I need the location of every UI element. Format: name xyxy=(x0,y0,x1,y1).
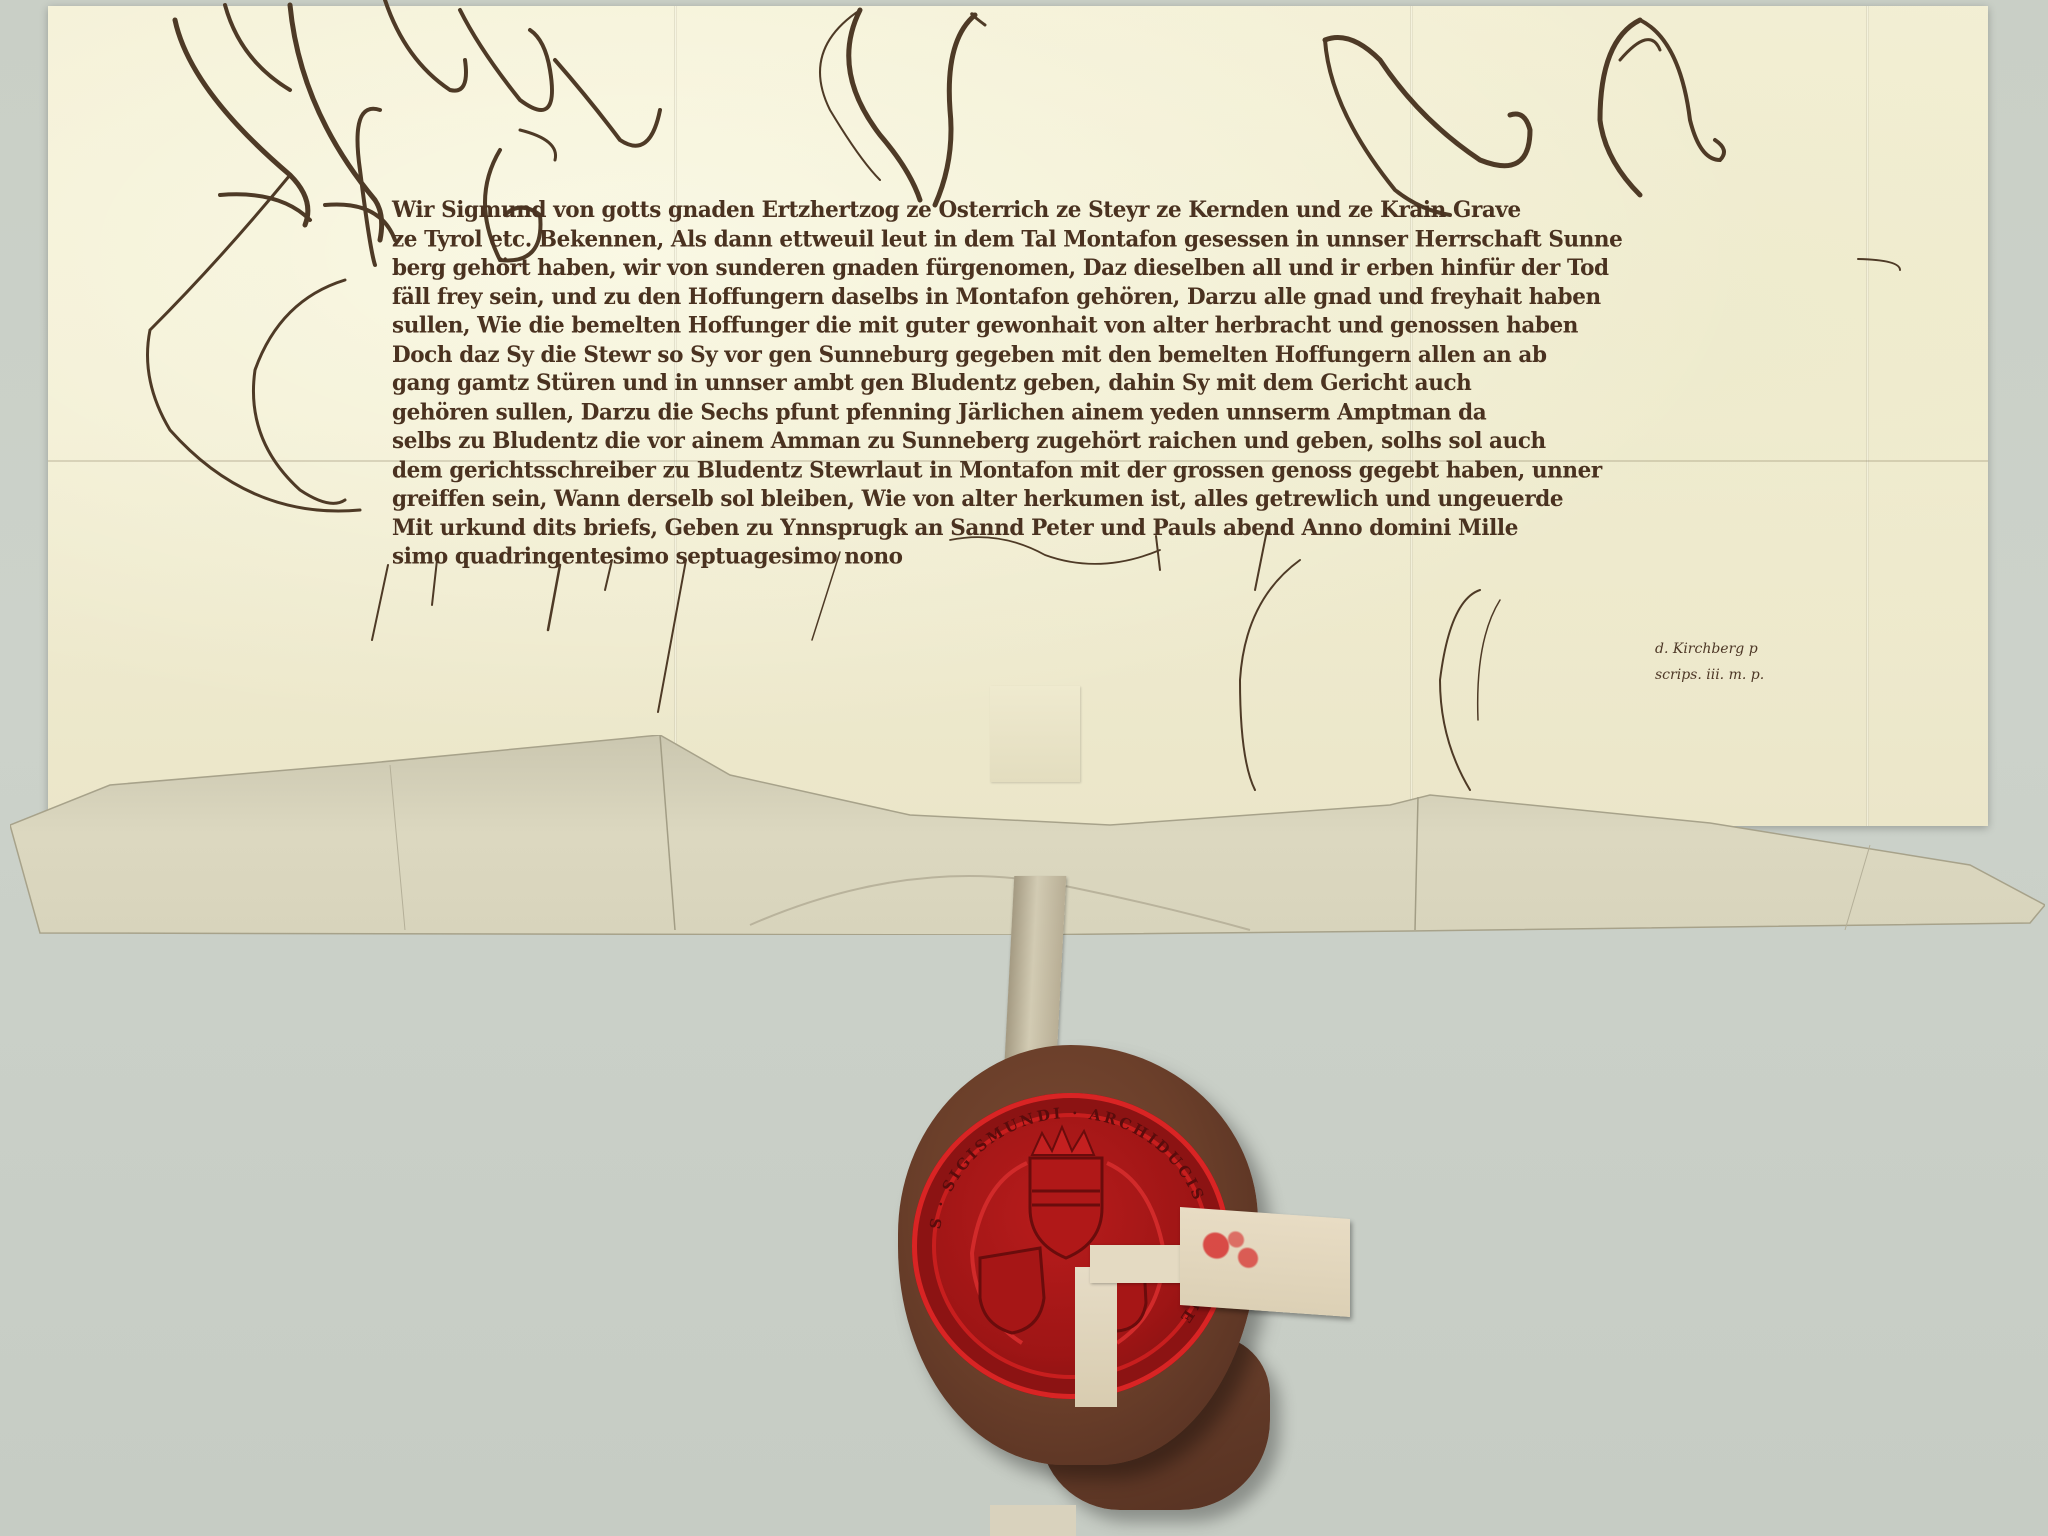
chancery-note-line: scrips. iii. m. p. xyxy=(1655,662,1815,688)
text-line: berg gehört haben, wir von sunderen gnad… xyxy=(392,254,1712,283)
text-line: selbs zu Bludentz die vor ainem Amman zu… xyxy=(392,427,1712,456)
text-line: ze Tyrol etc. Bekennen, Als dann ettweui… xyxy=(392,225,1712,254)
seal-tag-through-wax xyxy=(1075,1267,1117,1407)
charter-photograph: Wir Sigmund von gotts gnaden Ertzhertzog… xyxy=(0,0,2048,1536)
text-line: sullen, Wie die bemelten Hoffunger die m… xyxy=(392,312,1712,341)
text-line: Wir Sigmund von gotts gnaden Ertzhertzog… xyxy=(392,196,1712,225)
text-line: Mit urkund dits briefs, Geben zu Ynnspru… xyxy=(392,514,1712,543)
text-line: Doch daz Sy die Stewr so Sy vor gen Sunn… xyxy=(392,340,1712,369)
wax-seal: S · SIGISMUNDI · ARCHIDUCIS · AUSTRIE xyxy=(890,1035,1360,1535)
seal-tag-bottom xyxy=(990,1505,1076,1536)
text-line: gehören sullen, Darzu die Sechs pfunt pf… xyxy=(392,398,1712,427)
text-line: simo quadringentesimo septuagesimo nono xyxy=(392,543,1712,572)
text-line: dem gerichtsschreiber zu Bludentz Stewrl… xyxy=(392,456,1712,485)
text-line: gang gamtz Stüren und in unnser ambt gen… xyxy=(392,369,1712,398)
chancery-note-line: d. Kirchberg p xyxy=(1655,636,1815,662)
text-line: fäll frey sein, und zu den Hoffungern da… xyxy=(392,283,1712,312)
charter-text: Wir Sigmund von gotts gnaden Ertzhertzog… xyxy=(392,196,1712,571)
chancery-note: d. Kirchberg p scrips. iii. m. p. xyxy=(1655,636,1815,688)
vertical-fold-line xyxy=(1866,6,1869,826)
seal-tag-end xyxy=(1180,1207,1350,1317)
text-line: greiffen sein, Wann derselb sol bleiben,… xyxy=(392,485,1712,514)
